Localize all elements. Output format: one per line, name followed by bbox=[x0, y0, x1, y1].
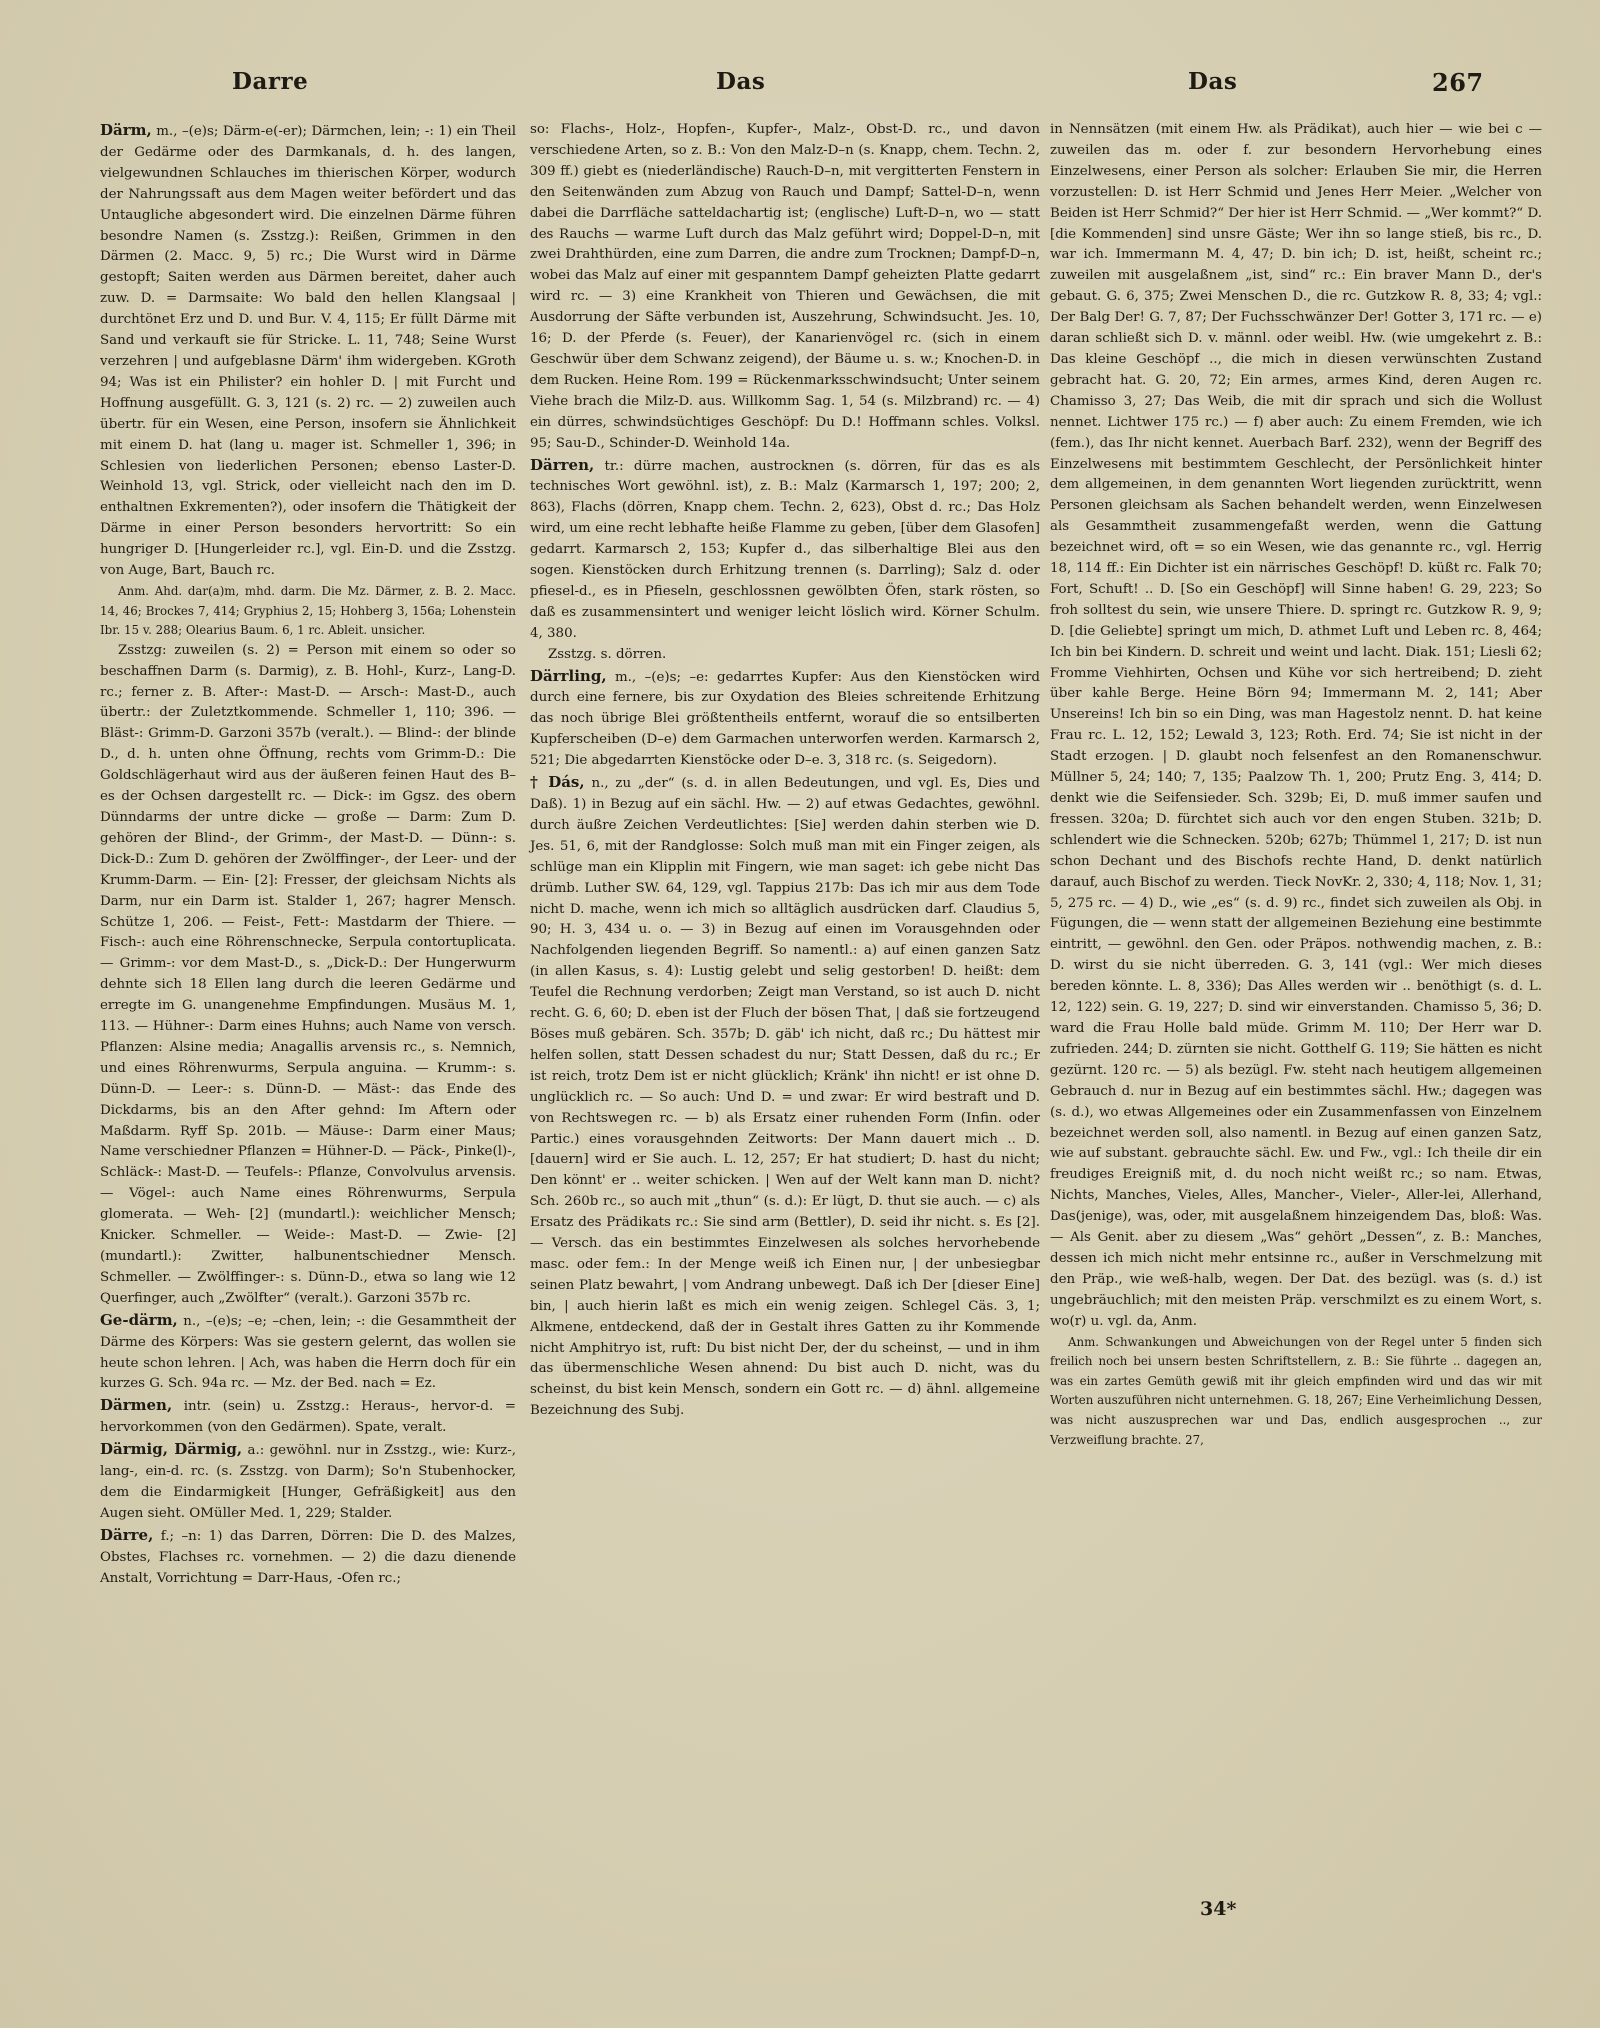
catchword-middle: Das bbox=[716, 68, 765, 95]
column-right: in Nennsätzen (mit einem Hw. als Prädika… bbox=[1050, 120, 1542, 1450]
entry-text: tr.: dürre machen, austrocknen (s. dörre… bbox=[530, 459, 1040, 641]
column-middle: so: Flachs-, Holz-, Hopfen-, Kupfer-, Ma… bbox=[530, 120, 1040, 1422]
page-number: 267 bbox=[1432, 68, 1484, 97]
dictionary-entry: Därren, tr.: dürre machen, austrocknen (… bbox=[530, 455, 1040, 645]
entry-continuation: so: Flachs-, Holz-, Hopfen-, Kupfer-, Ma… bbox=[530, 120, 1040, 455]
entry-headword: Därmen, bbox=[100, 1396, 172, 1414]
entry-continuation: Zsstzg. s. dörren. bbox=[530, 645, 1040, 666]
signature-mark: 34* bbox=[1200, 1898, 1236, 1920]
running-header: Darre Das Das 267 bbox=[0, 68, 1600, 108]
dictionary-entry: Därm, m., –(e)s; Därm-e(-er); Därmchen, … bbox=[100, 120, 516, 582]
catchword-left: Darre bbox=[232, 68, 308, 95]
entry-headword: Därrling, bbox=[530, 667, 607, 685]
entry-text: f.; –n: 1) das Darren, Dörren: Die D. de… bbox=[100, 1529, 516, 1586]
dictionary-entry: Därmig, Därmig, a.: gewöhnl. nur in Zsst… bbox=[100, 1439, 516, 1525]
entry-text: Anm. Schwankungen und Abweichungen von d… bbox=[1050, 1335, 1542, 1447]
entry-text: Anm. Ahd. dar(a)m, mhd. darm. Die Mz. Dä… bbox=[100, 584, 516, 637]
entry-text: n., zu „der“ (s. d. in allen Bedeutungen… bbox=[530, 776, 1040, 1418]
entry-text: m., –(e)s; –e: gedarrtes Kupfer: Aus den… bbox=[530, 670, 1040, 769]
annotation-paragraph: Anm. Schwankungen und Abweichungen von d… bbox=[1050, 1333, 1542, 1451]
entry-headword: Därm, bbox=[100, 121, 152, 139]
annotation-paragraph: Anm. Ahd. dar(a)m, mhd. darm. Die Mz. Dä… bbox=[100, 582, 516, 641]
entry-headword: † Dás, bbox=[530, 773, 585, 791]
dictionary-entry: Därmen, intr. (sein) u. Zsstzg.: Heraus-… bbox=[100, 1395, 516, 1439]
catchword-right: Das bbox=[1188, 68, 1237, 95]
dictionary-entry: † Dás, n., zu „der“ (s. d. in allen Bede… bbox=[530, 772, 1040, 1422]
entry-headword: Därmig, Därmig, bbox=[100, 1440, 242, 1458]
entry-text: Zsstzg. s. dörren. bbox=[548, 647, 666, 662]
entry-continuation: Zsstzg: zuweilen (s. 2) = Person mit ein… bbox=[100, 641, 516, 1310]
column-left: Därm, m., –(e)s; Därm-e(-er); Därmchen, … bbox=[100, 120, 516, 1590]
dictionary-entry: Därrling, m., –(e)s; –e: gedarrtes Kupfe… bbox=[530, 666, 1040, 773]
entry-headword: Ge-därm, bbox=[100, 1311, 178, 1329]
entry-continuation: in Nennsätzen (mit einem Hw. als Prädika… bbox=[1050, 120, 1542, 1333]
entry-text: in Nennsätzen (mit einem Hw. als Prädika… bbox=[1050, 122, 1542, 1329]
entry-headword: Därren, bbox=[530, 456, 594, 474]
entry-text: Zsstzg: zuweilen (s. 2) = Person mit ein… bbox=[100, 643, 516, 1306]
entry-text: so: Flachs-, Holz-, Hopfen-, Kupfer-, Ma… bbox=[530, 122, 1040, 451]
dictionary-entry: Därre, f.; –n: 1) das Darren, Dörren: Di… bbox=[100, 1525, 516, 1590]
dictionary-entry: Ge-därm, n., –(e)s; –e; –chen, lein; -: … bbox=[100, 1310, 516, 1396]
entry-text: m., –(e)s; Därm-e(-er); Därmchen, lein; … bbox=[100, 124, 516, 578]
entry-headword: Därre, bbox=[100, 1526, 153, 1544]
